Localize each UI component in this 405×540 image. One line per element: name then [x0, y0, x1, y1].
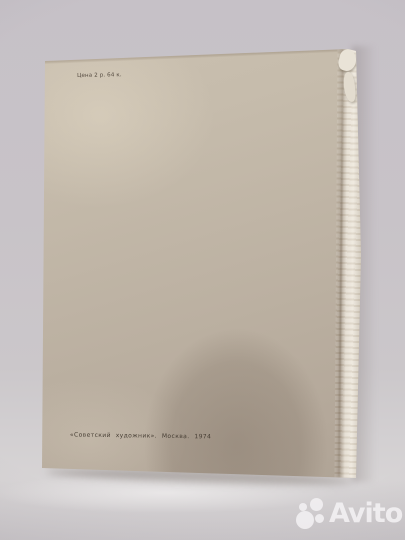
avito-logo-circle-medium-top-right — [310, 498, 323, 511]
avito-logo-circle-small-bottom-right — [315, 514, 324, 523]
avito-logo-icon — [290, 497, 326, 531]
avito-wordmark: Avito — [329, 497, 402, 530]
avito-watermark: Avito — [290, 497, 402, 531]
book-back-cover: Цена 2 р. 64 к. «Советский художник». Мо… — [0, 0, 405, 540]
listing-photo: Цена 2 р. 64 к. «Советский художник». Мо… — [0, 0, 405, 540]
avito-logo-circle-large-bottom-left — [296, 511, 314, 529]
avito-logo-circle-small-top-left — [299, 503, 307, 511]
price-label: Цена 2 р. 64 к. — [77, 71, 122, 78]
publisher-imprint: «Советский художник». Москва. 1974 — [70, 431, 211, 440]
